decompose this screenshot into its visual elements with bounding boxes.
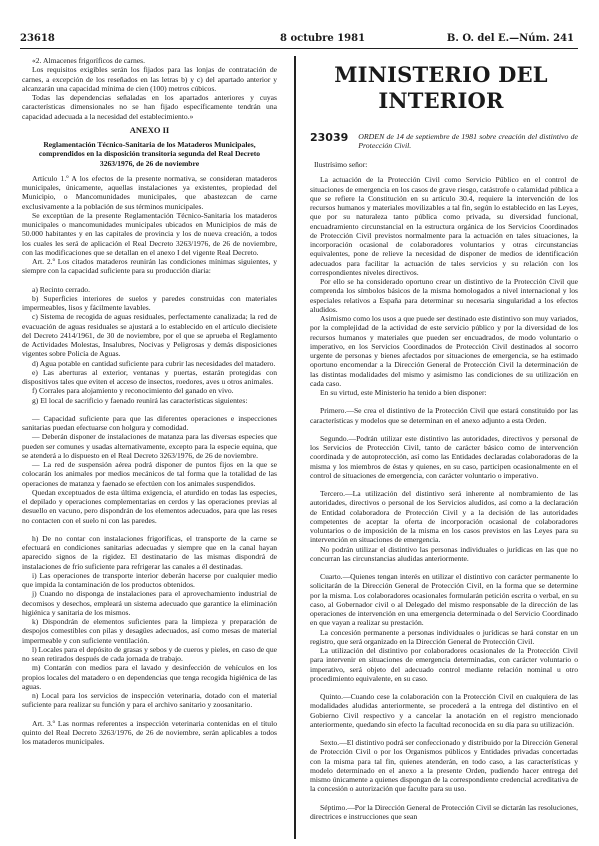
annex-title: Reglamentación Técnico-Sanitaria de los … [22,140,277,168]
list-item: j) Cuando no disponga de instalaciones p… [22,589,277,617]
list-item: e) Las aberturas al exterior, ventanas y… [22,368,277,387]
slaughter-room-list: — Capacidad suficiente para que las dife… [22,414,277,525]
list-item: — Capacidad suficiente para que las dife… [22,414,277,433]
document-page: 23618 8 octubre 1981 B. O. del E.—Núm. 2… [0,0,599,846]
list-item: Quedan exceptuados de esta última exigen… [22,488,277,525]
order-title: ORDEN de 14 de septiembre de 1981 sobre … [358,132,578,150]
requirements-list-continued: h) De no contar con instalaciones frigor… [22,534,277,710]
paragraph: Los requisitos exigibles serán los fijad… [22,65,277,93]
list-item: b) Superficies interiores de suelos y pa… [22,294,277,313]
article: Art. 3.º Las normas referentes a inspecc… [22,719,277,747]
paragraph: La utilización del distintivo por colabo… [310,646,578,683]
list-item: a) Recinto cerrado. [22,285,277,294]
provision-cuarto: Cuarto.—Quienes tengan interés en utiliz… [310,572,578,628]
left-column: «2. Almacenes frigoríficos de carnes. Lo… [22,56,277,746]
paragraph: En su virtud, este Ministerio ha tenido … [310,388,578,397]
list-item: — Deberán disponer de instalaciones de m… [22,432,277,460]
article: Art. 2.º Los citados mataderos reunirán … [22,257,277,276]
column-divider [294,56,296,839]
list-item: c) Sistema de recogida de aguas residual… [22,312,277,358]
ministry-heading: MINISTERIO DEL INTERIOR [304,62,578,114]
paragraph: «2. Almacenes frigoríficos de carnes. [22,56,277,65]
salutation: Ilustrísimo señor: [310,160,578,169]
list-item: i) Las operaciones de transporte interio… [22,571,277,590]
article: Se exceptúan de la presente Reglamentaci… [22,211,277,257]
list-item: g) El local de sacrificio y faenado reun… [22,396,277,405]
paragraph: La actuación de la Protección Civil como… [310,175,578,277]
annex-heading: ANEXO II [22,126,277,135]
list-item: d) Agua potable en cantidad suficiente p… [22,359,277,368]
provision-sexto: Sexto.—El distintivo podrá ser confeccio… [310,738,578,794]
paragraph: Todas las dependencias señaladas en los … [22,93,277,121]
provision-segundo: Segundo.—Podrán utilizar este distintivo… [310,434,578,480]
article: Artículo 1.º A los efectos de la present… [22,174,277,211]
paragraph: No podrán utilizar el distintivo las per… [310,545,578,564]
list-item: l) Locales para el depósito de grasas y … [22,645,277,664]
list-item: n) Local para los servicios de inspecció… [22,691,277,710]
paragraph: Asimismo como los usos a que puede ser d… [310,314,578,388]
paragraph: Por ello se ha considerado oportuno crea… [310,277,578,314]
provision-septimo: Séptimo.—Por la Dirección General de Pro… [310,803,578,822]
list-item: h) De no contar con instalaciones frigor… [22,534,277,571]
order-number: 23039 [310,132,348,150]
requirements-list: a) Recinto cerrado. b) Superficies inter… [22,285,277,405]
page-number: 23618 [20,33,55,44]
provision-quinto: Quinto.—Cuando cese la colaboración con … [310,692,578,729]
list-item: m) Contarán con medios para el lavado y … [22,663,277,691]
provision-tercero: Tercero.—La utilización del distintivo s… [310,489,578,545]
right-column: MINISTERIO DEL INTERIOR 23039 ORDEN de 1… [310,56,578,821]
order-header: 23039 ORDEN de 14 de septiembre de 1981 … [310,132,578,150]
issue-date: 8 octubre 1981 [280,33,365,44]
list-item: k) Dispondrán de elementos suficientes p… [22,617,277,645]
provision-primero: Primero.—Se crea el distintivo de la Pro… [310,406,578,425]
paragraph: La concesión permanente a personas indiv… [310,628,578,647]
publication-name: B. O. del E.—Núm. 241 [447,33,574,44]
page-header: 23618 8 octubre 1981 B. O. del E.—Núm. 2… [20,30,578,49]
list-item: — La red de suspensión aérea podrá dispo… [22,460,277,488]
list-item: f) Corrales para alojamiento y reconocim… [22,386,277,395]
